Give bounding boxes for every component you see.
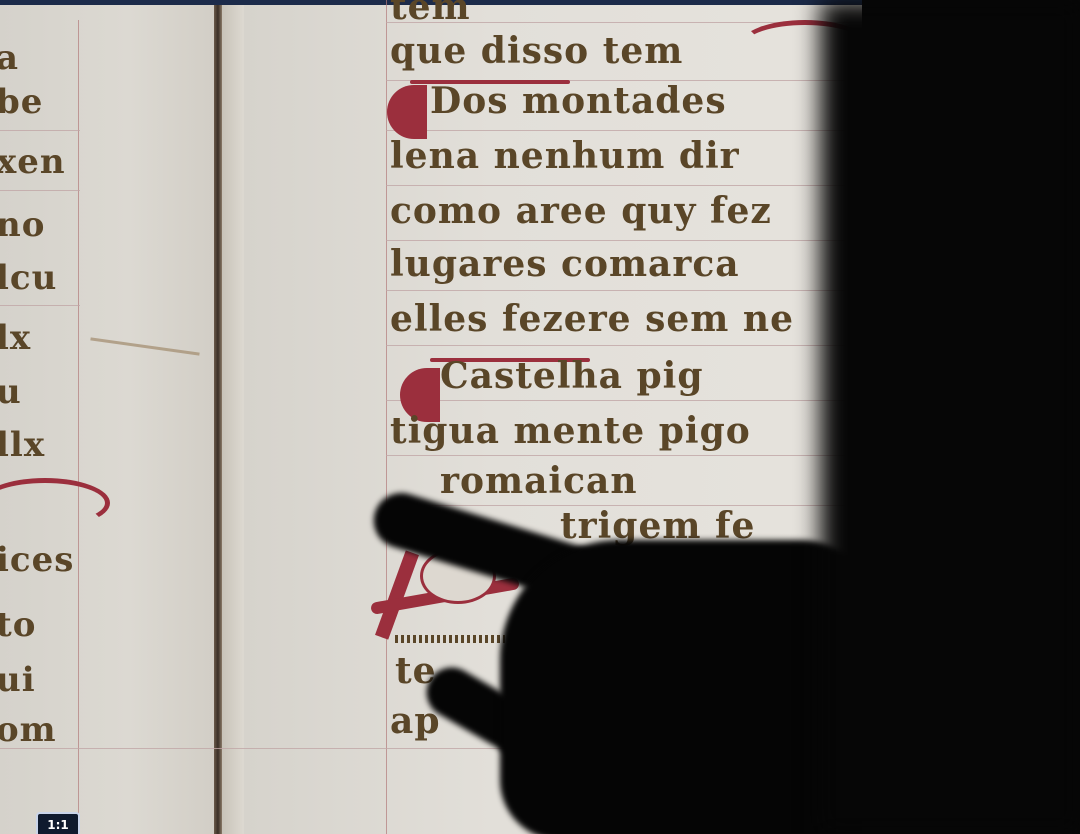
right-text-line: lena nenhum dir — [390, 135, 740, 177]
left-text-line: be — [0, 82, 43, 122]
left-text-line: lx — [0, 318, 31, 358]
ruling-line — [386, 455, 862, 456]
ruling-line — [0, 190, 80, 191]
ruling-line — [386, 185, 862, 186]
right-text-line: como aree quy fez — [390, 190, 772, 232]
right-text-line: Dos montades — [430, 80, 727, 122]
page-edge — [222, 5, 244, 834]
ruling-line — [0, 130, 80, 131]
right-text-line: lugares comarca — [390, 243, 740, 285]
left-text-line: to — [0, 605, 36, 645]
ruling-line — [386, 290, 862, 291]
book-gutter — [214, 5, 222, 834]
hand-silhouette — [500, 540, 862, 834]
right-text-line: que disso tem — [390, 30, 683, 72]
left-text-line: ices — [0, 540, 74, 580]
right-text-line: tigua mente pigo — [390, 410, 751, 452]
ruling-line — [0, 305, 80, 306]
left-text-line: a — [0, 38, 19, 78]
left-text-line: u — [0, 372, 22, 412]
left-text-line: ui — [0, 660, 36, 700]
right-text-line: Castelha pig — [440, 355, 704, 397]
zoom-level-badge[interactable]: 1:1 — [36, 812, 80, 834]
left-column-rule — [78, 20, 79, 834]
left-text-line: xen — [0, 142, 66, 182]
ruling-line — [386, 130, 862, 131]
ruling-line — [386, 345, 862, 346]
left-text-line: no — [0, 205, 45, 245]
right-text-line: elles fezere sem ne — [390, 298, 794, 340]
ruling-line — [386, 240, 862, 241]
right-column-rule — [386, 0, 387, 834]
ruling-line — [386, 400, 862, 401]
person-silhouette — [820, 0, 1080, 834]
monitor-screen: a be xen no lcu lx u llx ices to ui om t… — [0, 0, 862, 834]
left-text-line: lcu — [0, 258, 57, 298]
right-text-line: tem — [390, 0, 471, 28]
left-text-line: llx — [0, 425, 45, 465]
right-text-line: romaican — [440, 460, 638, 502]
left-text-line: om — [0, 710, 57, 750]
